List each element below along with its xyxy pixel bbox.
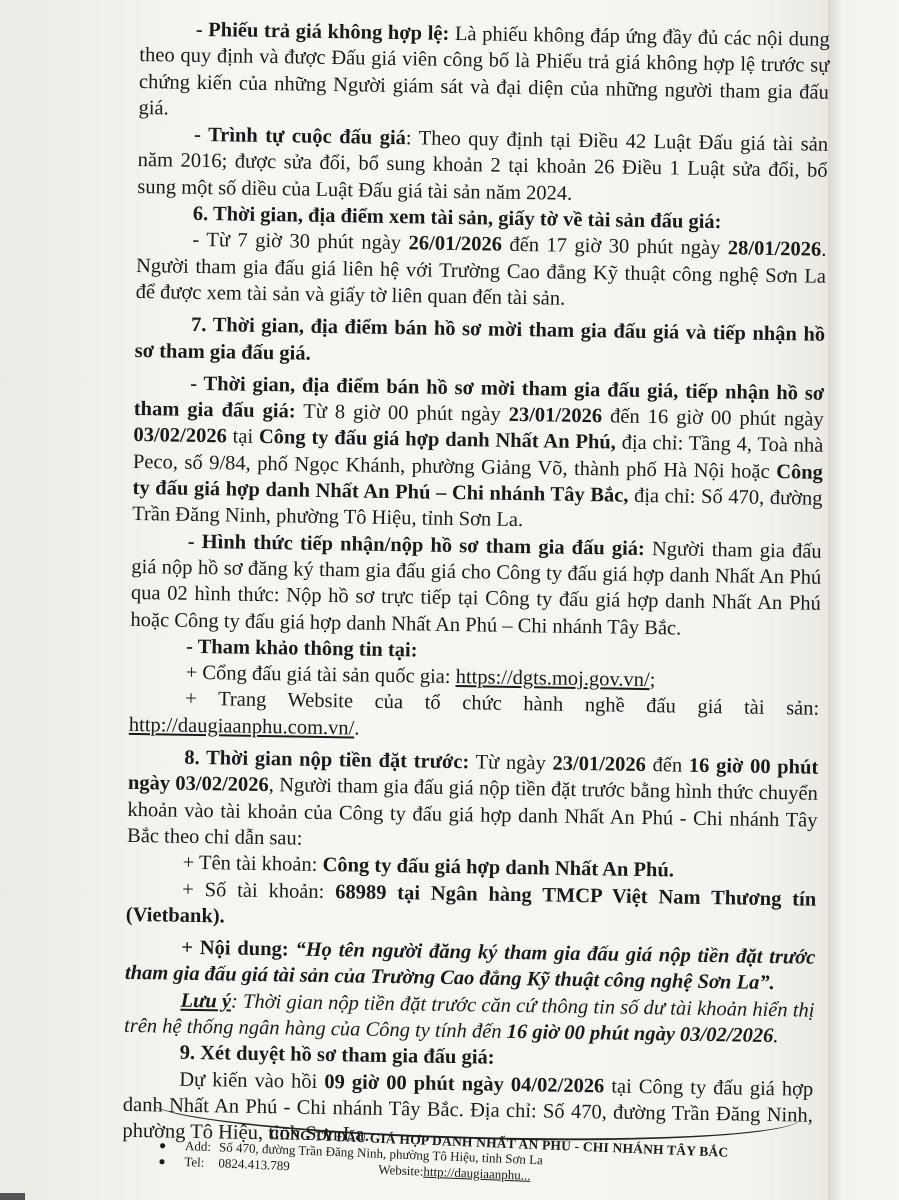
document-body: - Phiếu trả giá không hợp lệ: Là phiếu k…: [122, 16, 830, 1155]
portal-link[interactable]: https://dgts.moj.gov.vn/: [456, 666, 650, 691]
section-6-text-a: - Từ 7 giờ 30 phút ngày: [192, 229, 408, 254]
bullet-icon: ●: [159, 1138, 186, 1154]
form-label: - Hình thức tiếp nhận/nộp hồ sơ tham gia…: [188, 530, 645, 559]
footer-website-label: Website:: [378, 1162, 424, 1179]
sale-paragraph: - Thời gian, địa điểm bán hồ sơ mời tham…: [132, 370, 824, 539]
portal-suffix: ;: [650, 669, 656, 691]
section-8-text-b: đến: [646, 754, 689, 777]
review-time: 09 giờ 00 phút ngày 04/02/2026: [324, 1071, 604, 1097]
address-label: Add:: [185, 1138, 220, 1154]
section-9-text-a: Dự kiến vào hồi: [179, 1068, 324, 1092]
reference-label: - Tham khảo thông tin tại:: [186, 636, 418, 662]
sale-start-date: 23/01/2026: [509, 404, 603, 427]
viewing-end-date: 28/01/2026: [728, 238, 822, 261]
website-link[interactable]: http://daugiaanphu.com.vn/: [129, 714, 355, 740]
section-7-heading: 7. Thời gian, địa điểm bán hồ sơ mời tha…: [135, 311, 826, 374]
transfer-content-label: + Nội dung:: [181, 937, 295, 961]
section-6-text-b: đến 17 giờ 30 phút ngày: [502, 234, 728, 260]
sale-text-c: tại: [227, 426, 259, 449]
viewing-start-date: 26/01/2026: [408, 233, 502, 256]
account-name-label: + Tên tài khoản:: [183, 852, 323, 876]
form-paragraph: - Hình thức tiếp nhận/nộp hồ sơ tham gia…: [130, 528, 822, 644]
note-text-b: .: [773, 1025, 778, 1047]
website-paragraph: + Trang Website của tổ chức hành nghề đấ…: [129, 685, 820, 748]
website-suffix: .: [354, 717, 359, 739]
procedure-paragraph: - Trình tự cuộc đấu giá: Theo quy định t…: [137, 121, 828, 211]
account-number-label: + Số tài khoản:: [182, 878, 335, 902]
section-8-paragraph: 8. Thời gian nộp tiền đặt trước: Từ ngày…: [127, 744, 819, 860]
section-8-heading: 8. Thời gian nộp tiền đặt trước:: [184, 747, 469, 773]
background-corner: [0, 1193, 25, 1200]
section-8-text-a: Từ ngày: [469, 751, 553, 774]
sale-text-a: Từ 8 giờ 00 phút ngày: [295, 401, 508, 426]
note-deadline: 16 giờ 00 phút ngày 03/02/2026: [507, 1021, 774, 1047]
bullet-icon: ●: [158, 1154, 185, 1170]
tel-label: Tel:: [184, 1154, 219, 1170]
procedure-label: - Trình tự cuộc đấu giá: [194, 124, 406, 149]
invalid-ticket-label: - Phiếu trả giá không hợp lệ:: [196, 19, 450, 45]
note-label: Lưu ý: [180, 989, 231, 1012]
deposit-start-date: 23/01/2026: [552, 753, 646, 776]
section-7-heading-text: 7. Thời gian, địa điểm bán hồ sơ mời tha…: [135, 314, 826, 364]
page-edge: [828, 0, 899, 1200]
section-9-heading-text: 9. Xét duyệt hồ sơ tham gia đấu giá:: [180, 1042, 495, 1069]
portal-text: + Cổng đấu giá tài sản quốc gia:: [186, 662, 456, 688]
invalid-ticket-paragraph: - Phiếu trả giá không hợp lệ: Là phiếu k…: [138, 16, 830, 132]
footer-website-link[interactable]: http://daugiaanphu...: [423, 1164, 531, 1183]
account-name: Công ty đấu giá hợp danh Nhất An Phú.: [322, 854, 674, 882]
sale-end-date: 03/02/2026: [133, 424, 227, 447]
company-main-name: Công ty đấu giá hợp danh Nhất An Phú,: [259, 426, 616, 454]
section-6-paragraph: - Từ 7 giờ 30 phút ngày 26/01/2026 đến 1…: [135, 226, 826, 316]
sale-text-b: đến 16 giờ 00 phút ngày: [602, 405, 824, 430]
